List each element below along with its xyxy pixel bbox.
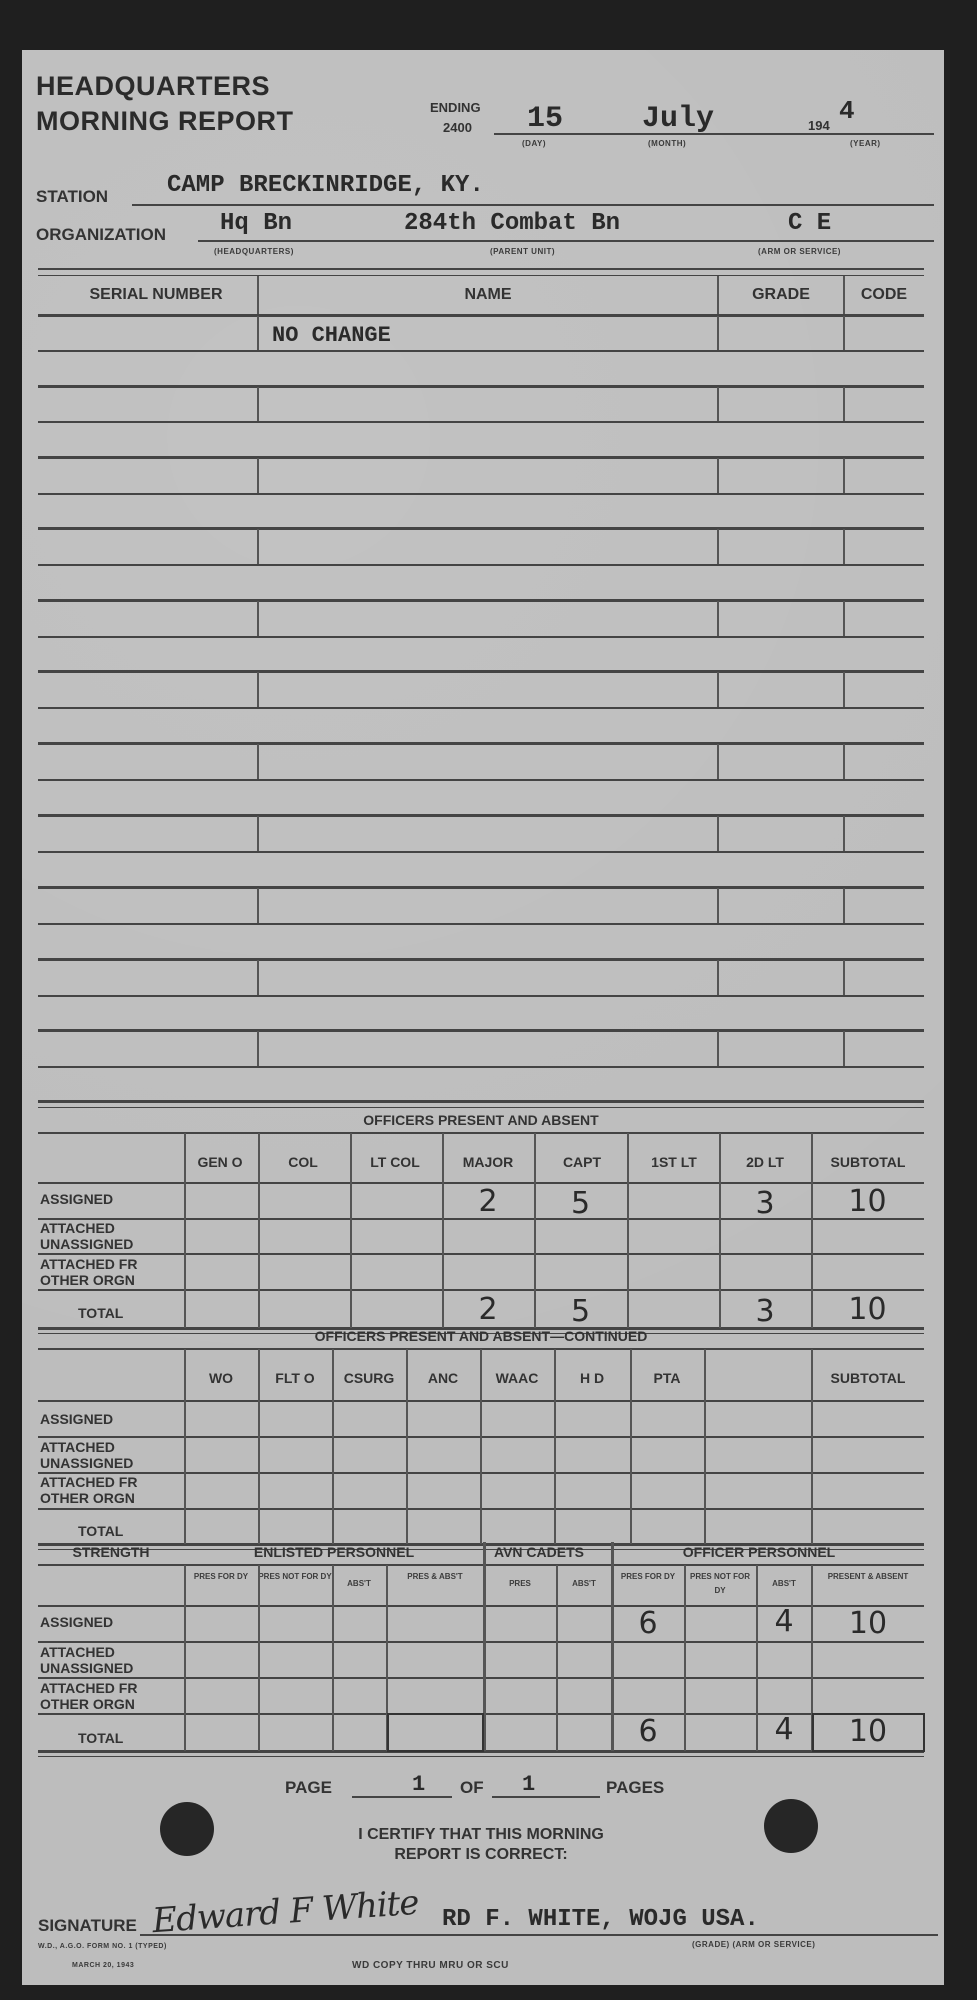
roster-bottom-rule (38, 1100, 924, 1103)
total-capt: 5 (534, 1294, 627, 1329)
row-label-attached-unassigned: ATTACHED UNASSIGNED (40, 1220, 170, 1252)
page-label: PAGE (285, 1778, 332, 1798)
station-underline (132, 204, 934, 206)
station-value: CAMP BRECKINRIDGE, KY. (167, 172, 484, 199)
of-label: OF (460, 1778, 484, 1798)
group-enlisted: ENLISTED PERSONNEL (184, 1544, 484, 1560)
report-month: July (642, 102, 714, 136)
form-date: MARCH 20, 1943 (72, 1962, 134, 1969)
report-day: 15 (527, 102, 563, 136)
assigned-off-present-absent: 10 (812, 1606, 924, 1641)
handwritten-signature: Edward F White (151, 1883, 420, 1942)
total-pages: 1 (522, 1772, 535, 1797)
assigned-subtotal: 10 (811, 1184, 924, 1219)
col-csurg: CSURG (332, 1370, 406, 1386)
assigned-off-abst: 4 (756, 1604, 812, 1639)
roster-row-rule (38, 385, 924, 388)
row-label-assigned: ASSIGNED (40, 1614, 113, 1630)
roster-row-rule (38, 456, 924, 459)
total-major: 2 (442, 1292, 534, 1327)
col-avn-pres: PRES (484, 1577, 556, 1591)
col-anc: ANC (406, 1370, 480, 1386)
col-enl-abst: ABS'T (332, 1577, 386, 1591)
col-enl-pres-abst: PRES & ABS'T (386, 1570, 484, 1584)
col-off-pres-for-dy: PRES FOR DY (612, 1570, 684, 1584)
col-gen-o: GEN O (184, 1154, 256, 1170)
day-caption: (DAY) (522, 139, 546, 148)
col-col: COL (258, 1154, 348, 1170)
officers-continued-title: OFFICERS PRESENT AND ABSENT—CONTINUED (38, 1328, 924, 1344)
organization-underline (198, 240, 934, 242)
row-label-attached-unassigned: ATTACHED UNASSIGNED (40, 1644, 170, 1676)
roster-row-rule (38, 670, 924, 673)
row-label-attached-other: ATTACHED FR OTHER ORGN (40, 1680, 170, 1712)
roster-header-divider (843, 276, 845, 315)
row-label-assigned: ASSIGNED (40, 1191, 113, 1207)
roster-row-rule (38, 1029, 924, 1032)
assigned-major: 2 (442, 1184, 534, 1219)
organization-arm: C E (788, 210, 831, 237)
roster-row-rule (38, 527, 924, 530)
roster-top-rule-2 (38, 275, 924, 276)
year-caption: (YEAR) (850, 139, 881, 148)
morning-report-form: HEADQUARTERS MORNING REPORT ENDING 2400 … (22, 50, 944, 1985)
row-label-total: TOTAL (78, 1523, 123, 1539)
col-flt-o: FLT O (258, 1370, 332, 1386)
organization-label: ORGANIZATION (36, 225, 166, 245)
page-number: 1 (412, 1772, 425, 1797)
roster-row-rule (38, 742, 924, 745)
wd-copy-note: WD COPY THRU MRU OR SCU (352, 1960, 509, 1971)
col-wo: WO (184, 1370, 258, 1386)
headquarters-caption: (HEADQUARTERS) (214, 247, 294, 256)
pages-label: PAGES (606, 1778, 664, 1798)
organization-parent-unit: 284th Combat Bn (404, 210, 620, 237)
certify-line2: REPORT IS CORRECT: (38, 1846, 924, 1864)
total-off-abst: 4 (756, 1712, 812, 1747)
roster-entry-name: NO CHANGE (272, 323, 391, 348)
total-off-present-absent: 10 (812, 1714, 924, 1749)
col-grade: GRADE (718, 286, 844, 304)
signer-name: RD F. WHITE, WOJG USA. (442, 1906, 759, 1933)
col-enl-pres-for-dy: PRES FOR DY (184, 1570, 258, 1584)
row-label-attached-other: ATTACHED FR OTHER ORGN (40, 1256, 170, 1288)
col-waac: WAAC (480, 1370, 554, 1386)
col-name: NAME (258, 286, 718, 304)
roster-row-rule (38, 958, 924, 961)
col-lt-col: LT COL (350, 1154, 440, 1170)
grade-arm-caption: (GRADE) (ARM OR SERVICE) (692, 1940, 815, 1949)
col-code: CODE (844, 286, 924, 304)
officers-title: OFFICERS PRESENT AND ABSENT (38, 1112, 924, 1128)
certify-line1: I CERTIFY THAT THIS MORNING (38, 1826, 924, 1844)
total-subtotal: 10 (811, 1292, 924, 1327)
pages-underline (492, 1796, 600, 1798)
page-underline (352, 1796, 452, 1798)
total-off-pres-for-dy: 6 (612, 1714, 684, 1749)
form-title-line2: MORNING REPORT (36, 105, 294, 137)
arm-caption: (ARM OR SERVICE) (758, 247, 841, 256)
strength-label: STRENGTH (38, 1544, 184, 1560)
total-2d-lt: 3 (719, 1294, 811, 1329)
roster-top-rule (38, 268, 924, 270)
row-label-attached-unassigned: ATTACHED UNASSIGNED (40, 1439, 170, 1471)
col-capt: CAPT (536, 1154, 628, 1170)
col-avn-abst: ABS'T (556, 1577, 612, 1591)
signature-underline (140, 1934, 938, 1936)
assigned-capt: 5 (534, 1186, 627, 1221)
col-major: MAJOR (442, 1154, 534, 1170)
col-2d-lt: 2D LT (720, 1154, 810, 1170)
col-pta: PTA (630, 1370, 704, 1386)
roster-row-rule (38, 599, 924, 602)
col-serial-number: SERIAL NUMBER (38, 286, 274, 304)
signature-label: SIGNATURE (38, 1916, 137, 1936)
assigned-2d-lt: 3 (719, 1186, 811, 1221)
row-label-assigned: ASSIGNED (40, 1411, 113, 1427)
group-avn-cadets: AVN CADETS (484, 1544, 594, 1560)
ending-label: ENDING (430, 100, 481, 115)
ending-time: 2400 (443, 120, 472, 135)
station-label: STATION (36, 187, 108, 207)
row-label-total: TOTAL (78, 1730, 123, 1746)
year-prefix: 194 (808, 118, 830, 133)
col-1st-lt: 1ST LT (628, 1154, 720, 1170)
col-off-present-absent: PRESENT & ABSENT (812, 1570, 924, 1584)
roster-header-rule (38, 314, 924, 317)
month-caption: (MONTH) (648, 139, 686, 148)
organization-headquarters: Hq Bn (220, 210, 292, 237)
roster-row-rule (38, 886, 924, 889)
col-off-pres-not-for-dy: PRES NOT FOR DY (684, 1570, 756, 1598)
roster-row-rule (38, 814, 924, 817)
roster-bottom-rule-2 (38, 1107, 924, 1108)
col-enl-pres-not-for-dy: PRES NOT FOR DY (258, 1570, 332, 1584)
col-off-abst: ABS'T (756, 1577, 812, 1591)
col-hd: H D (554, 1370, 630, 1386)
row-label-total: TOTAL (78, 1305, 123, 1321)
row-label-attached-other: ATTACHED FR OTHER ORGN (40, 1474, 170, 1506)
form-title-line1: HEADQUARTERS (36, 70, 270, 102)
col-subtotal-continued: SUBTOTAL (812, 1370, 924, 1386)
roster-header-divider (717, 276, 719, 315)
group-officer: OFFICER PERSONNEL (594, 1544, 924, 1560)
parent-unit-caption: (PARENT UNIT) (490, 247, 555, 256)
report-year-digit: 4 (839, 96, 855, 126)
col-subtotal: SUBTOTAL (812, 1154, 924, 1170)
form-number: W.D., A.G.O. FORM NO. 1 (TYPED) (38, 1943, 167, 1950)
assigned-off-pres-for-dy: 6 (612, 1606, 684, 1641)
roster-header-divider (257, 276, 259, 315)
enlisted-total-box (387, 1713, 484, 1752)
